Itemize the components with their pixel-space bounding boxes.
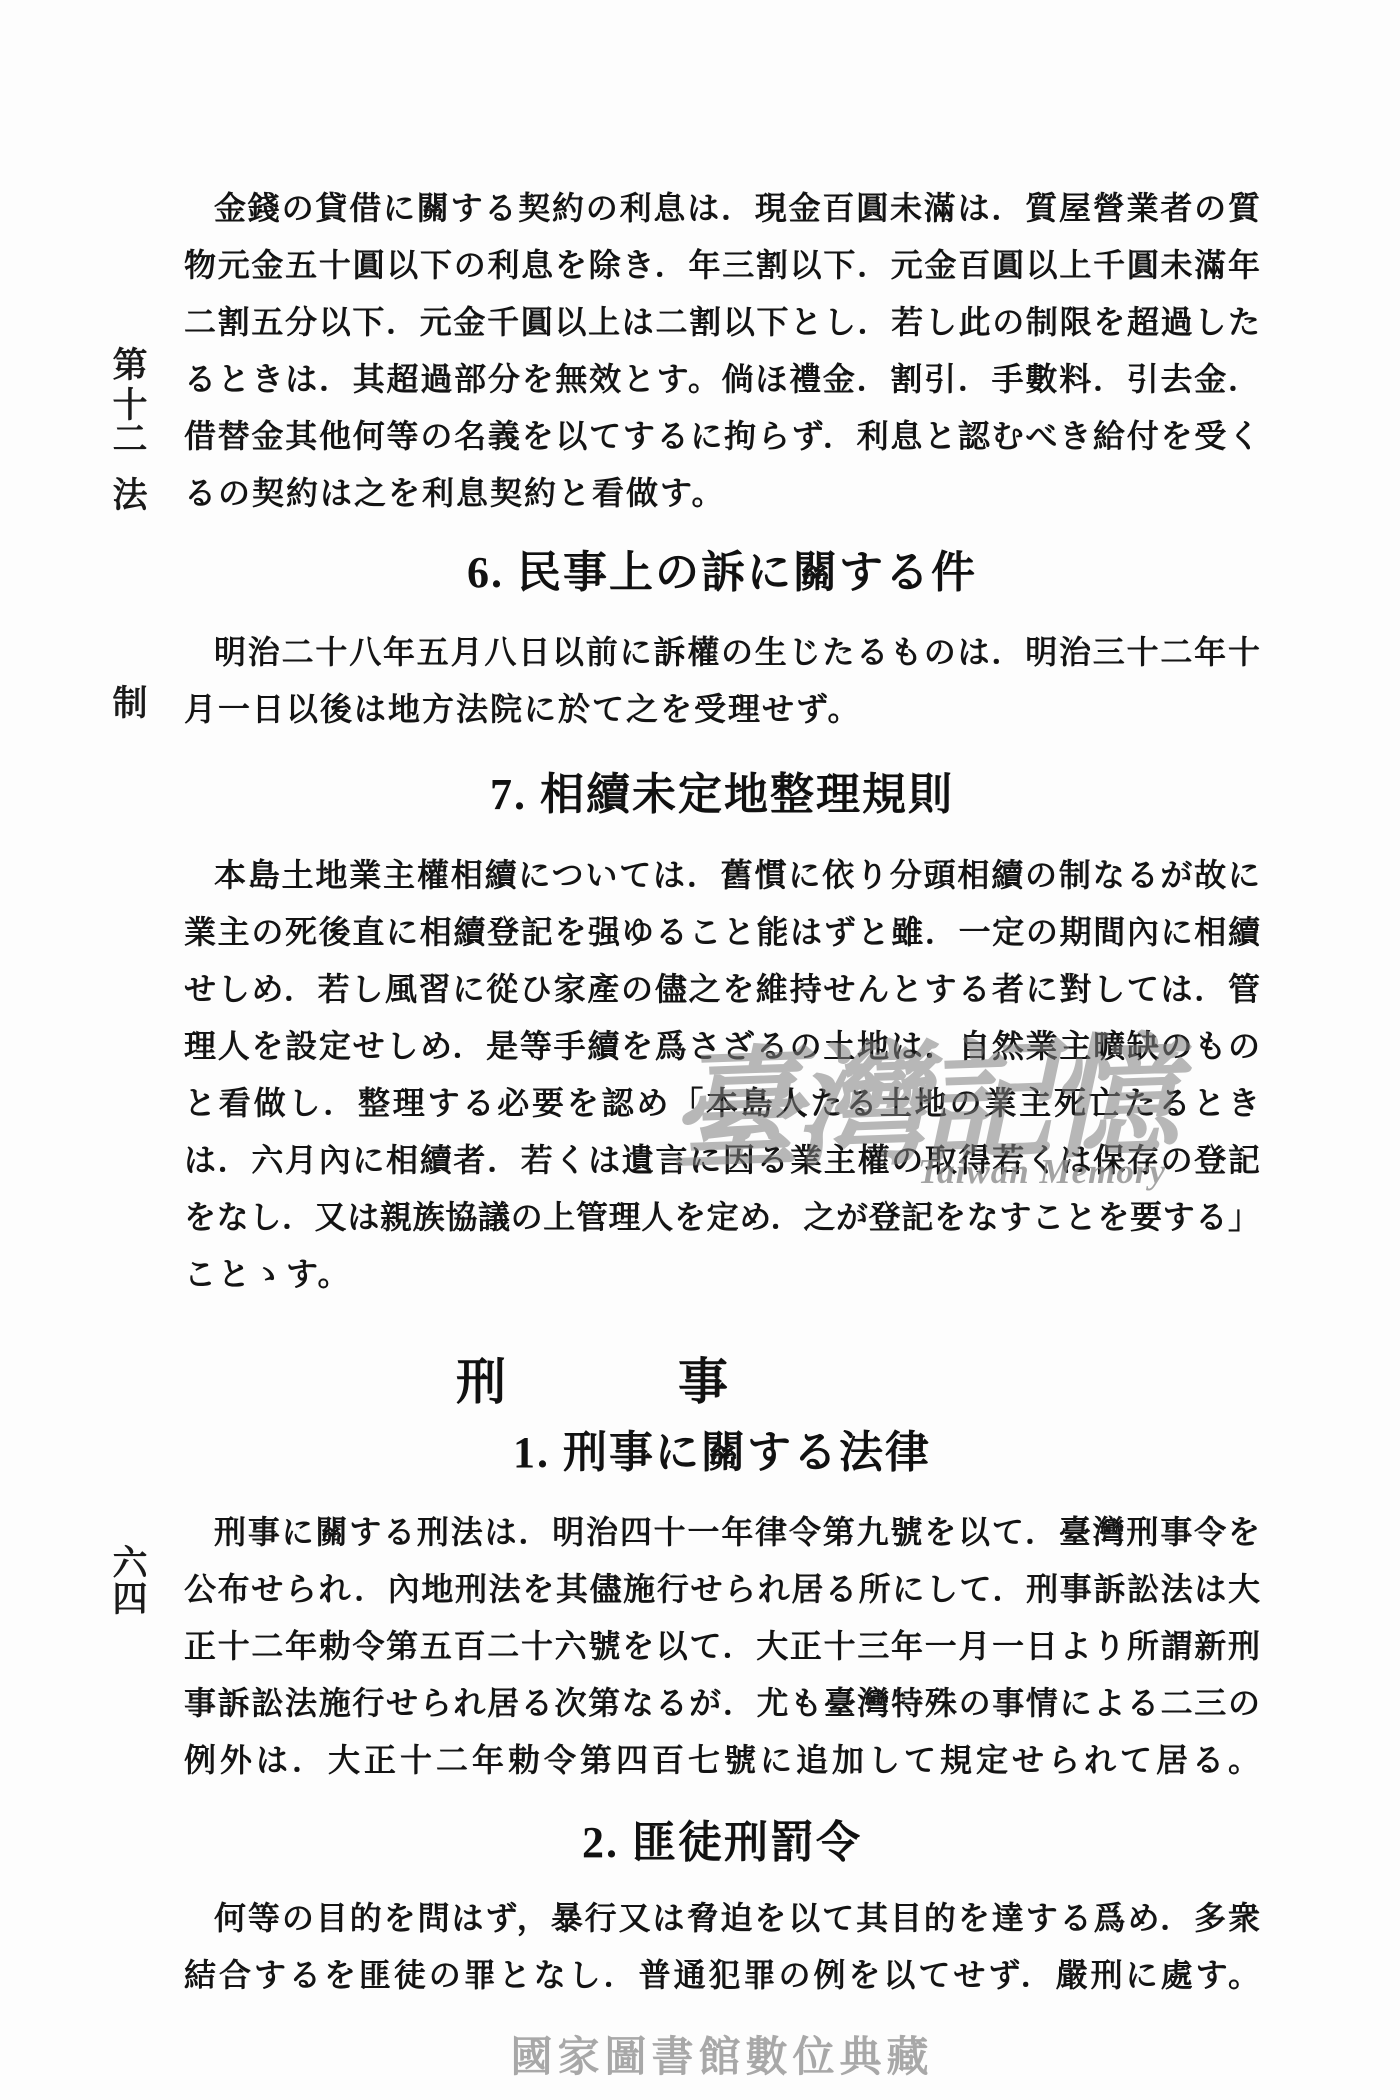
heading-criminal-laws: 1. 刑事に關する法律 [184,1416,1260,1480]
paragraph-criminal-laws: 刑事に關する刑法は．明治四十一年律令第九號を以て．臺灣刑事令を 公布せられ．內地… [184,1504,1260,1789]
library-footer-label: 國家圖書館數位典藏 [184,2024,1260,2084]
margin-chapter-char: 十 [106,388,154,424]
text-line: 正十二年勅令第五百二十六號を以て．大正十三年一月一日より所謂新刑 [184,1618,1260,1675]
heading-criminal-char-left: 刑 [456,1342,506,1414]
text-line: 理人を設定せしめ．是等手續を爲さざるの土地は．自然業主曠缺のもの [184,1018,1260,1075]
heading-inheritance: 7. 相續未定地整理規則 [184,758,1260,822]
text-line: 例外は．大正十二年勅令第四百七號に追加して規定せられて居る。 [184,1732,1260,1789]
heading-criminal-char-right: 事 [678,1342,728,1414]
paragraph-interest: 金錢の貸借に關する契約の利息は．現金百圓未滿は．質屋營業者の質 物元金五十圓以下… [184,180,1260,522]
text-line: 本島土地業主權相續については．舊慣に依り分頭相續の制なるが故に [184,847,1260,904]
text-line: 二割五分以下．元金千圓以上は二割以下とし．若し此の制限を超過した [184,294,1260,351]
margin-side-title-top: 法 [106,478,154,514]
heading-criminal-section: 刑 事 [184,1342,1260,1402]
text-line: 月一日以後は地方法院に於て之を受理せず。 [184,681,1260,738]
text-line: 結合するを匪徒の罪となし．普通犯罪の例を以てせず．嚴刑に處す。 [184,1947,1260,2004]
text-line: 事訴訟法施行せられ居る次第なるが．尤も臺灣特殊の事情による二三の [184,1675,1260,1732]
text-line: るの契約は之を利息契約と看做す。 [184,465,1260,522]
text-line: 借替金其他何等の名義を以てするに拘らず．利息と認むべき給付を受く [184,408,1260,465]
text-line: 業主の死後直に相續登記を强ゆること能はずと雖．一定の期間內に相續 [184,904,1260,961]
text-line: ことゝす。 [184,1246,1260,1303]
heading-civil-suits: 6. 民事上の訴に關する件 [184,536,1260,600]
scanned-book-page: 第 十 二 法 制 六 四 金錢の貸借に關する契約の利息は．現金百圓未滿は．質屋… [0,0,1400,2100]
margin-chapter-char: 第 [106,348,154,384]
margin-page-number-char: 四 [106,1582,154,1618]
margin-page-number-char: 六 [106,1546,154,1582]
text-line: 何等の目的を問はず，暴行又は脅迫を以て其目的を達する爲め．多衆 [184,1890,1260,1947]
text-line: るときは．其超過部分を無效とす。倘ほ禮金．割引．手數料．引去金． [184,351,1260,408]
paragraph-inheritance: 本島土地業主權相續については．舊慣に依り分頭相續の制なるが故に 業主の死後直に相… [184,847,1260,1303]
text-line: 金錢の貸借に關する契約の利息は．現金百圓未滿は．質屋營業者の質 [184,180,1260,237]
text-line: 刑事に關する刑法は．明治四十一年律令第九號を以て．臺灣刑事令を [184,1504,1260,1561]
text-line: は．六月內に相續者．若くは遺言に因る業主權の取得若くは保存の登記 [184,1132,1260,1189]
margin-chapter-char: 二 [106,422,154,458]
text-line: 公布せられ．內地刑法を其儘施行せられ居る所にして．刑事訴訟法は大 [184,1561,1260,1618]
text-line: せしめ．若し風習に從ひ家產の儘之を維持せんとする者に對しては．管 [184,961,1260,1018]
heading-bandit-ordinance: 2. 匪徒刑罰令 [184,1806,1260,1870]
text-line: をなし．又は親族協議の上管理人を定め．之が登記をなすことを要する」 [184,1189,1260,1246]
margin-side-title-bottom: 制 [106,686,154,722]
text-line: 明治二十八年五月八日以前に訴權の生じたるものは．明治三十二年十 [184,624,1260,681]
paragraph-civil-suits: 明治二十八年五月八日以前に訴權の生じたるものは．明治三十二年十 月一日以後は地方… [184,624,1260,738]
text-line: と看做し．整理する必要を認め「本島人たる土地の業主死亡たるとき [184,1075,1260,1132]
text-line: 物元金五十圓以下の利息を除き．年三割以下．元金百圓以上千圓未滿年 [184,237,1260,294]
paragraph-bandit: 何等の目的を問はず，暴行又は脅迫を以て其目的を達する爲め．多衆 結合するを匪徒の… [184,1890,1260,2004]
